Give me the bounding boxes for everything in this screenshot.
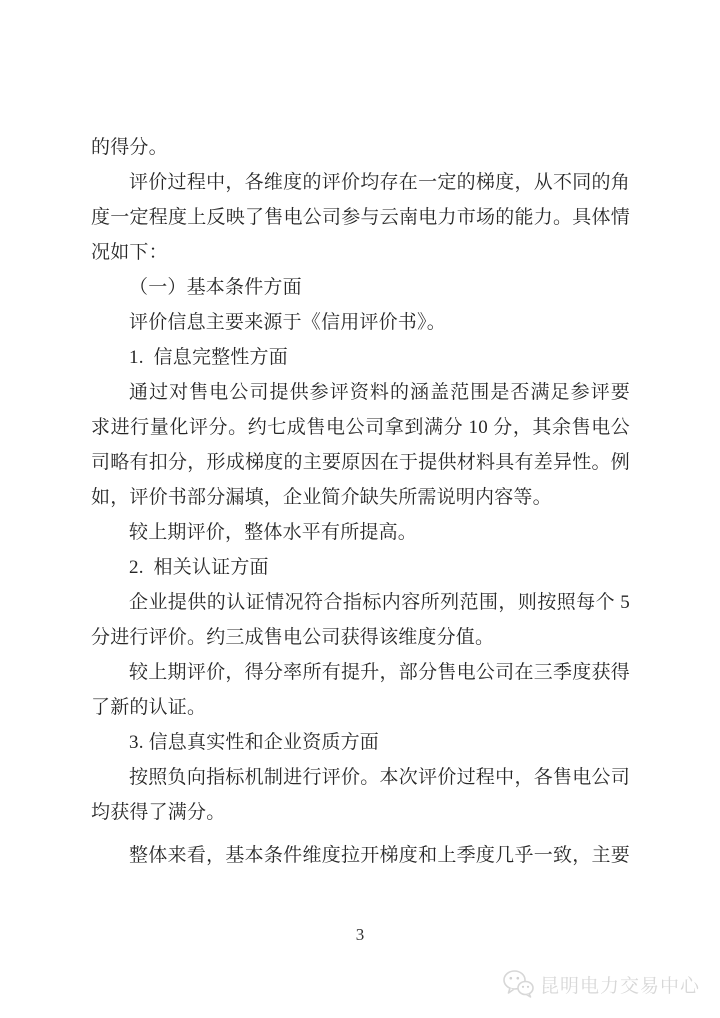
- text-line: 如，评价书部分漏填，企业简介缺失所需说明内容等。: [91, 480, 630, 515]
- text-line: 整体来看，基本条件维度拉开梯度和上季度几乎一致，主要: [91, 838, 630, 873]
- page-number: 3: [0, 922, 720, 948]
- text-line: 3. 信息真实性和企业资质方面: [91, 725, 630, 760]
- text-line: 度一定程度上反映了售电公司参与云南电力市场的能力。具体情: [91, 200, 630, 235]
- text-line: 较上期评价，得分率所有提升，部分售电公司在三季度获得: [91, 655, 630, 690]
- text-line: 分进行评价。约三成售电公司获得该维度分值。: [91, 620, 630, 655]
- text-line: 况如下：: [91, 235, 630, 270]
- text-line: 了新的认证。: [91, 690, 630, 725]
- watermark: 昆明电力交易中心: [502, 969, 700, 999]
- text-line: 2. 相关认证方面: [91, 550, 630, 585]
- text-line: 评价信息主要来源于《信用评价书》。: [91, 305, 630, 340]
- text-line: 均获得了满分。: [91, 795, 630, 830]
- document-body: 的得分。评价过程中，各维度的评价均存在一定的梯度，从不同的角度一定程度上反映了售…: [91, 130, 630, 873]
- text-line: 1. 信息完整性方面: [91, 340, 630, 375]
- text-line: （一）基本条件方面: [91, 270, 630, 305]
- text-line: 的得分。: [91, 130, 630, 165]
- text-line: 企业提供的认证情况符合指标内容所列范围，则按照每个 5: [91, 585, 630, 620]
- text-line: 求进行量化评分。约七成售电公司拿到满分 10 分，其余售电公: [91, 410, 630, 445]
- text-line: 按照负向指标机制进行评价。本次评价过程中，各售电公司: [91, 760, 630, 795]
- text-line: 评价过程中，各维度的评价均存在一定的梯度，从不同的角: [91, 165, 630, 200]
- wechat-icon: [502, 969, 534, 999]
- text-line: 较上期评价，整体水平有所提高。: [91, 515, 630, 550]
- watermark-label: 昆明电力交易中心: [540, 971, 700, 998]
- text-line: 司略有扣分，形成梯度的主要原因在于提供材料具有差异性。例: [91, 445, 630, 480]
- document-page: 的得分。评价过程中，各维度的评价均存在一定的梯度，从不同的角度一定程度上反映了售…: [0, 0, 720, 1018]
- text-line: 通过对售电公司提供参评资料的涵盖范围是否满足参评要: [91, 375, 630, 410]
